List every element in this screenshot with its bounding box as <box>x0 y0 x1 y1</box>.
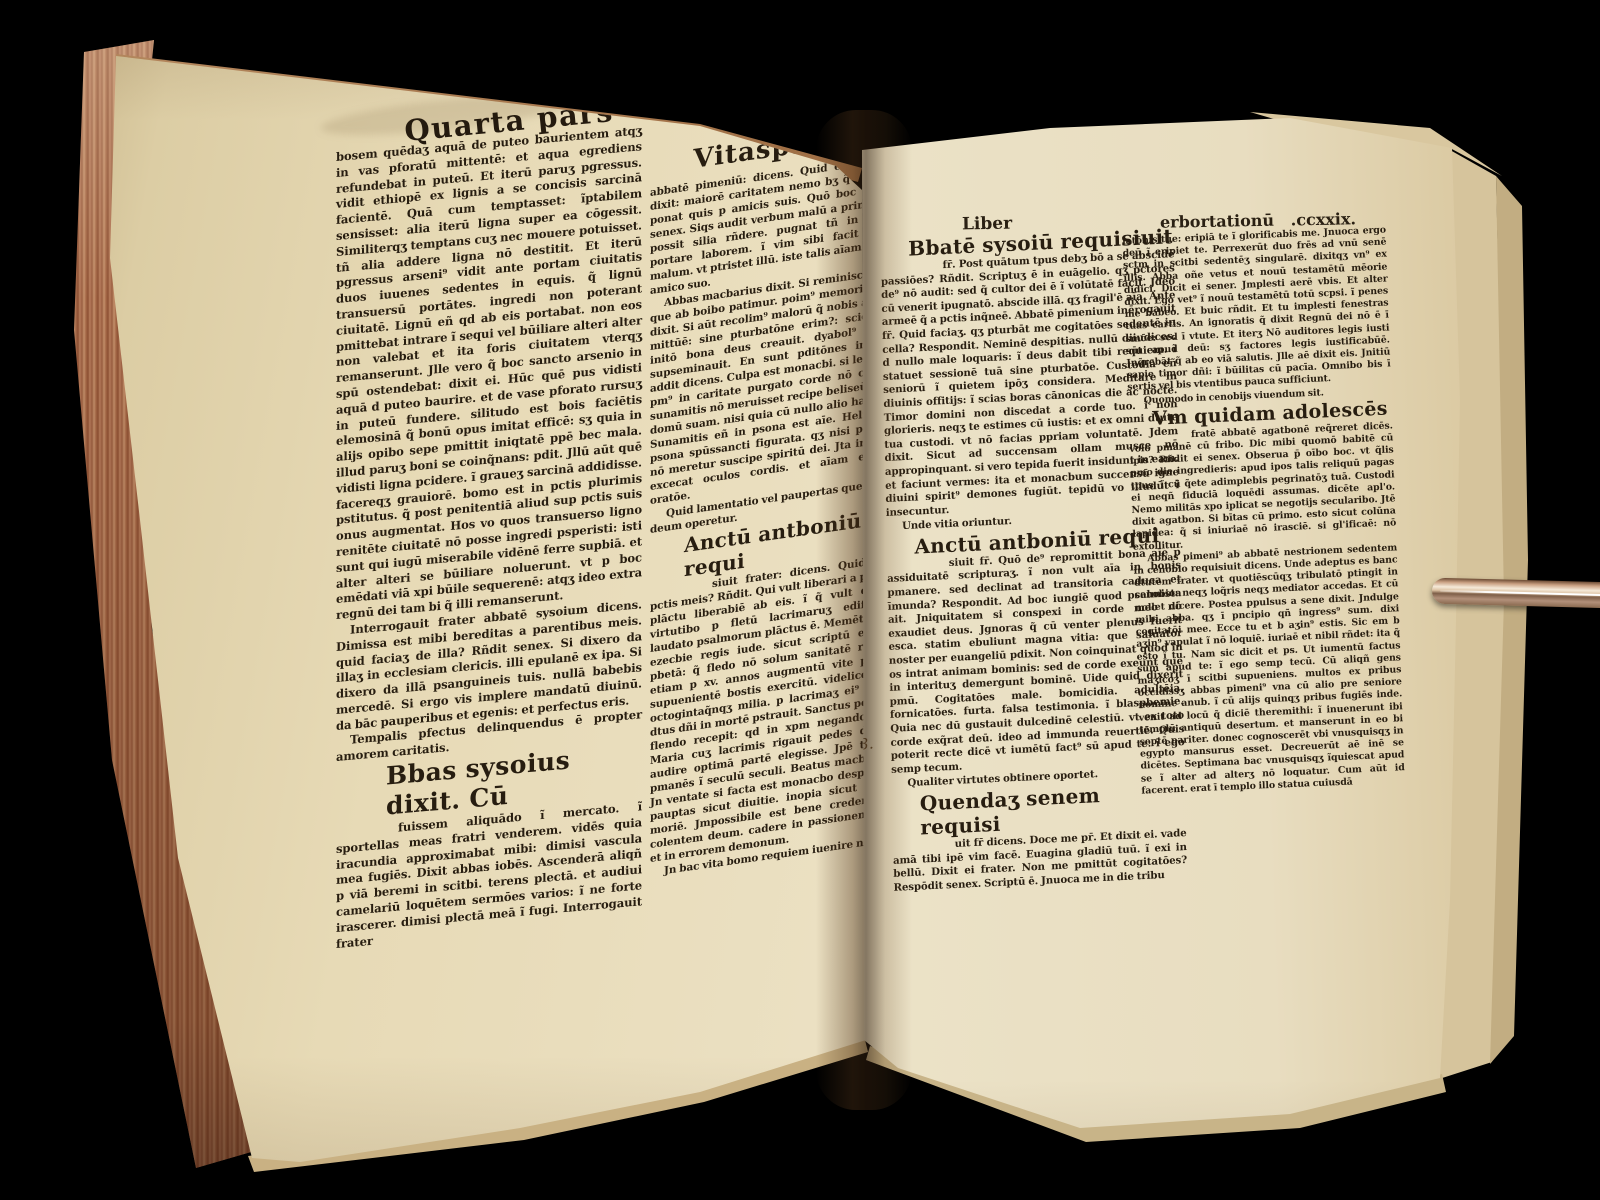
left-column-1: bosem quēdaʒ aquā de puteo baurientem at… <box>336 123 642 952</box>
pointer-highlight <box>1440 590 1600 597</box>
text-block: fratē abbatē agatbonē req̃reret dicēs. v… <box>1129 420 1397 553</box>
book-photo: Quarta pars bosem quēdaʒ aquā de puteo b… <box>0 0 1600 1200</box>
text-block: fuissem aliquādo ĩ mercato. ĩ sportellas… <box>336 799 642 952</box>
running-head-title: erbortationū <box>1160 211 1274 232</box>
right-column-2: latōnis tue: eripiā te ĩ glorificabis me… <box>1122 224 1405 797</box>
text-block: latōnis tue: eripiā te ĩ glorificabis me… <box>1122 224 1391 394</box>
text-block: Abbas pimeni⁹ ab abbatē nestrionem seden… <box>1133 542 1405 797</box>
page-pointer-stick <box>1432 578 1600 609</box>
text-block: bosem quēdaʒ aquā de puteo baurientem at… <box>336 123 642 624</box>
